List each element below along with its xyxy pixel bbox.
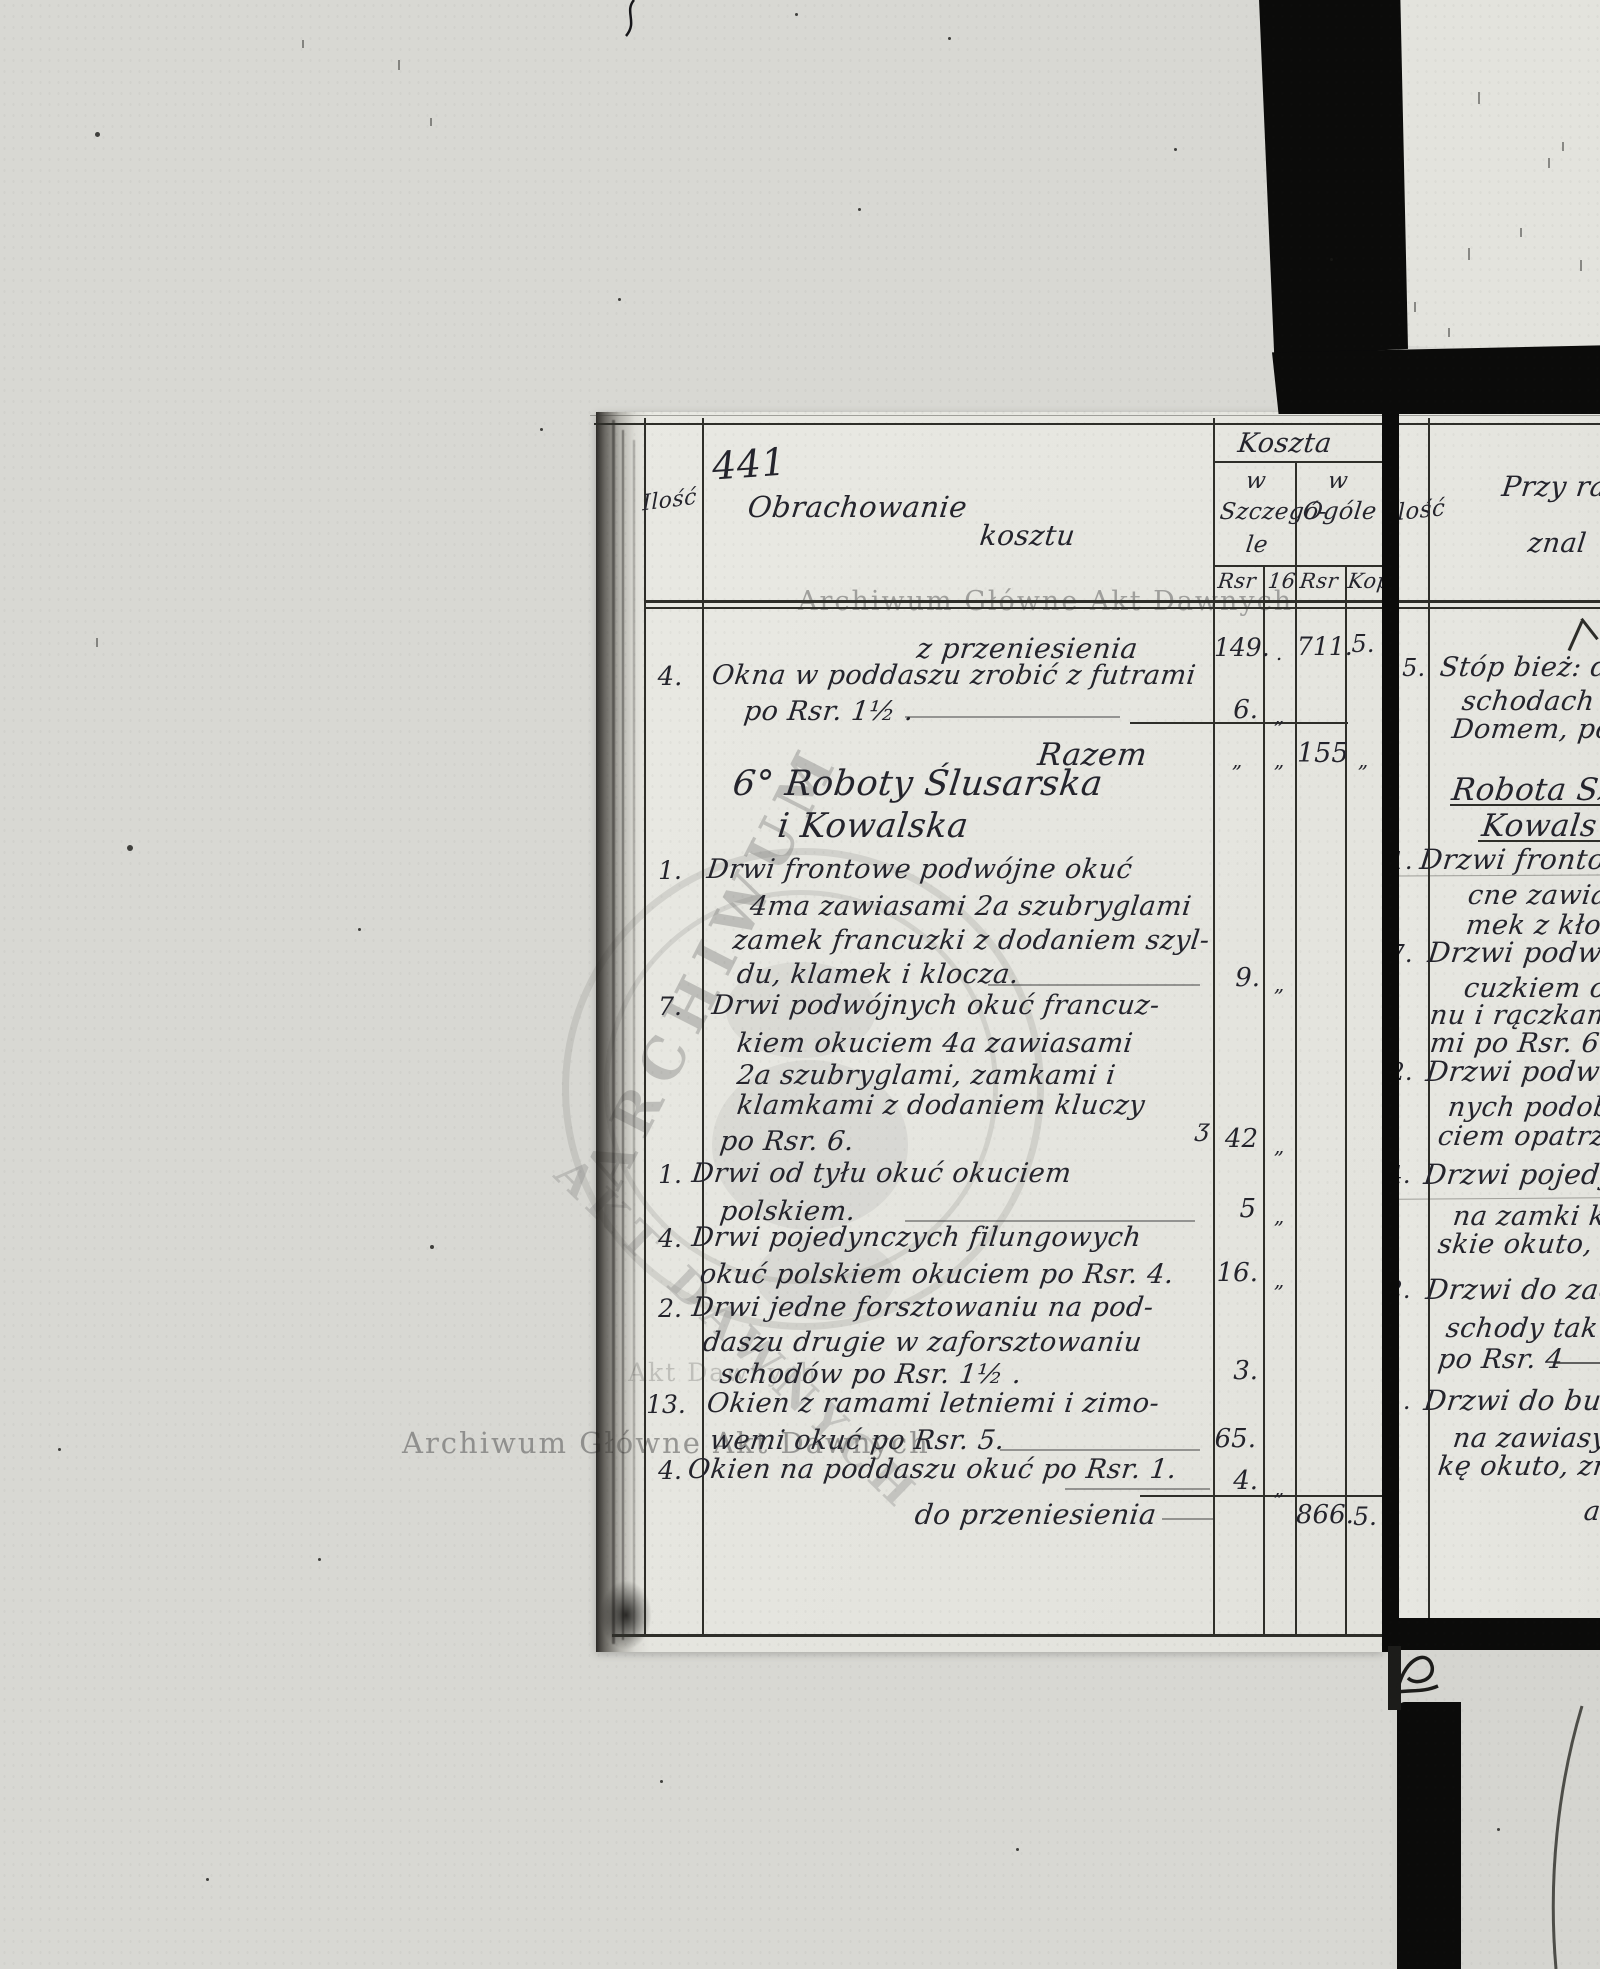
amount-cell: „ xyxy=(1266,748,1292,772)
right-section-heading-2: Kowals xyxy=(1480,808,1599,844)
row-description: Okien na poddaszu okuć po Rsr. 1. xyxy=(686,1454,1179,1485)
row-description: 4ma zawiasami 2a szubryglami xyxy=(748,891,1193,922)
col-rule-detail-kop xyxy=(1263,565,1265,1636)
emulsion-tick xyxy=(398,60,400,70)
previous-page-edge xyxy=(1400,0,1600,356)
col-rule-left xyxy=(644,418,646,1636)
row-description: Okna w poddaszu zrobić z futrami xyxy=(710,660,1198,691)
row-description: ciem opatrzon xyxy=(1436,1121,1600,1152)
row-description: Domem, po k xyxy=(1450,714,1600,745)
row-description: kę okuto, zn xyxy=(1436,1451,1600,1482)
amount-cell: 149. xyxy=(1214,633,1262,662)
amount-cell: 711. xyxy=(1297,632,1343,661)
amount-cell: „ xyxy=(1266,1476,1292,1500)
amount-cell: . xyxy=(1266,641,1292,665)
amount-cell: 65. xyxy=(1212,1424,1256,1454)
scan-hair xyxy=(616,0,646,40)
row-description: Drwi frontowe podwójne okuć xyxy=(705,854,1134,885)
dust-speck xyxy=(430,1245,434,1249)
row-description: zamek francuzki z dodaniem szyl- xyxy=(731,925,1211,956)
dust-speck xyxy=(1174,148,1177,151)
page-gutter xyxy=(1382,410,1399,1652)
amount-cell: 4. xyxy=(1222,1466,1258,1496)
row-description: skie okuto, p xyxy=(1436,1229,1600,1260)
row-description: nych podobnie xyxy=(1446,1092,1600,1123)
dust-speck xyxy=(540,428,543,431)
dust-speck xyxy=(858,208,861,211)
amount-cell: 6. xyxy=(1218,695,1258,725)
emulsion-tick xyxy=(1548,158,1550,168)
emulsion-tick xyxy=(1448,328,1450,337)
rule-under-koszta xyxy=(1213,461,1383,463)
right-section-heading-1: Robota Szlo xyxy=(1450,772,1600,808)
amount-cell: 155 xyxy=(1297,738,1343,769)
amount-cell: „ xyxy=(1348,748,1378,772)
row-description: Drwi jedne forsztowaniu na pod- xyxy=(690,1292,1155,1323)
row-description: cne zawiasy z xyxy=(1466,880,1600,911)
quantity-cell: 4. xyxy=(644,662,696,692)
amount-cell: „ xyxy=(1266,1204,1292,1228)
dust-speck xyxy=(95,132,100,137)
dust-speck xyxy=(1016,1848,1019,1851)
table-rule-bottom xyxy=(612,1634,1383,1637)
amount-cell: 5. xyxy=(1350,1502,1380,1531)
row-description: Drzwi do zacho xyxy=(1424,1273,1600,1306)
row-description: du, klamek i klocza. xyxy=(735,959,1021,990)
heading-underline xyxy=(1478,840,1600,842)
row-description: a xyxy=(1582,1496,1600,1527)
row-description: 2a szubryglami, zamkami i xyxy=(735,1060,1117,1091)
quantity-cell: 4. xyxy=(644,1224,696,1253)
header-detail-2: le xyxy=(1244,532,1269,558)
row-description: klamkami z dodaniem kluczy xyxy=(735,1090,1147,1121)
binding-streak xyxy=(633,440,635,1636)
row-description: Stóp bież: dano xyxy=(1438,652,1600,683)
amount-cell: 9. xyxy=(1220,963,1260,993)
ink-scribble xyxy=(1394,1646,1448,1694)
amount-cell: 5 xyxy=(1222,1194,1256,1224)
guide-dash xyxy=(988,984,1200,986)
guide-dash xyxy=(1000,1449,1200,1451)
amount-cell: 3. xyxy=(1222,1356,1258,1386)
emulsion-tick xyxy=(1520,228,1522,237)
amount-cell: „ xyxy=(1266,1134,1292,1158)
carry-out-label: do przeniesienia xyxy=(913,1498,1159,1531)
row-description: na zawiasy xyxy=(1451,1423,1600,1454)
dust-speck xyxy=(660,1780,663,1783)
dust-speck xyxy=(795,13,798,16)
row-description: na zamki k xyxy=(1451,1201,1600,1232)
row-description: Okien z ramami letniemi i zimo- xyxy=(705,1388,1161,1419)
scan-black-top xyxy=(1256,0,1408,356)
dust-speck xyxy=(358,928,361,931)
emulsion-tick xyxy=(1468,248,1470,260)
quantity-cell: 13. xyxy=(640,1390,692,1419)
dust-speck xyxy=(618,298,621,301)
amount-cell: 42 xyxy=(1214,1124,1258,1154)
dust-speck xyxy=(127,845,133,851)
row-description: po Rsr. 6. xyxy=(718,1126,856,1157)
dust-speck xyxy=(206,1878,209,1881)
row-description: Drzwi podwój xyxy=(1426,936,1600,969)
guide-dash xyxy=(1065,1488,1210,1490)
row-description: Drzwi frontowé xyxy=(1418,843,1600,876)
quantity-cell: 7. xyxy=(644,992,696,1021)
row-description: Drzwi do bud xyxy=(1422,1384,1600,1417)
amount-cell: 866. xyxy=(1296,1500,1346,1530)
row-description: schodach fr xyxy=(1460,686,1600,717)
dust-speck xyxy=(948,37,951,40)
header-total: Ogóle xyxy=(1301,497,1378,525)
quantity-cell: 1. xyxy=(644,856,696,885)
guide-dash xyxy=(1556,1362,1600,1364)
header-16: 16 xyxy=(1267,569,1298,593)
dust-speck xyxy=(58,1448,61,1451)
emulsion-tick xyxy=(430,118,432,126)
dust-speck xyxy=(1497,1828,1500,1831)
binding-streak xyxy=(622,430,624,1640)
table-rule-top-faint xyxy=(590,415,1600,416)
page-number: 441 xyxy=(711,439,788,488)
right-header-line1: Przy ra xyxy=(1500,470,1600,503)
emulsion-tick xyxy=(1414,302,1416,312)
header-rsr-detail: Rsr xyxy=(1217,569,1258,593)
scan-black-band xyxy=(1272,344,1600,414)
right-header-line2: znal xyxy=(1526,528,1588,559)
row-description: Drzwi pojedyńc xyxy=(1422,1158,1600,1191)
emulsion-tick xyxy=(1580,260,1582,271)
header-rsr-total: Rsr xyxy=(1299,569,1340,593)
emulsion-tick xyxy=(96,638,98,647)
binding-streak xyxy=(612,420,615,1644)
row-description: daszu drugie w zaforsztowaniu xyxy=(701,1327,1144,1358)
col-rule-total-kop xyxy=(1345,565,1347,1636)
dust-speck xyxy=(1330,258,1333,261)
amount-cell: 16. xyxy=(1214,1258,1258,1288)
emulsion-tick xyxy=(302,40,304,48)
amount-cell: 5. xyxy=(1348,630,1378,658)
row-description: nu i rączkam xyxy=(1428,1000,1600,1031)
header-desc-label-1: Obrachowanie xyxy=(746,490,969,524)
emulsion-tick xyxy=(1562,142,1564,151)
rule-under-subheads xyxy=(1213,565,1383,567)
header-desc-label-2: kosztu xyxy=(978,519,1077,552)
amount-cell: „ xyxy=(1222,748,1252,772)
row-description: Drzwi podwóyn xyxy=(1424,1055,1600,1088)
amount-cell: „ xyxy=(1266,1268,1292,1292)
header-separator-2 xyxy=(644,607,1383,609)
section-heading-line2: i Kowalska xyxy=(776,806,971,846)
amount-cell: „ xyxy=(1266,704,1292,728)
row-description: wemi okuć po Rsr. 5. xyxy=(708,1425,1007,1456)
guide-dash xyxy=(905,716,1120,718)
quantity-cell: 2. xyxy=(644,1294,696,1323)
dust-speck xyxy=(318,1558,321,1561)
guide-dash xyxy=(1162,1518,1214,1520)
table-rule-top xyxy=(594,423,1600,425)
header-w-total: w xyxy=(1326,468,1349,494)
row-description: kiem okuciem 4a zawiasami xyxy=(735,1028,1135,1059)
heading-underline xyxy=(1450,804,1600,806)
row-description: Drwi od tyłu okuć okuciem xyxy=(690,1158,1073,1189)
emulsion-tick xyxy=(1478,92,1480,104)
row-description: po Rsr. 1½ . xyxy=(742,696,916,727)
row-description: Drwi podwójnych okuć francuz- xyxy=(710,990,1161,1021)
quantity-cell: 1. xyxy=(644,1160,696,1189)
page-edge-curve xyxy=(1520,1700,1600,1969)
row-description: po Rsr. 4 xyxy=(1436,1344,1565,1375)
section-heading-line1: 6° Roboty Ślusarska xyxy=(731,764,1105,804)
archival-scan: ARCHIWUM AKT DAWNYCH Archiwum Główne Akt… xyxy=(0,0,1600,1969)
header-koszta: Koszta xyxy=(1236,428,1334,459)
amount-cell: „ xyxy=(1266,972,1292,996)
header-w-detail: w xyxy=(1244,468,1267,494)
row-description: schodów po Rsr. 1½ . xyxy=(718,1359,1024,1390)
row-description: Drwi pojedynczych filungowych xyxy=(690,1222,1143,1253)
scan-black-bottom-strip xyxy=(1397,1702,1461,1969)
row-description: okuć polskiem okuciem po Rsr. 4. xyxy=(698,1259,1176,1290)
header-separator-1 xyxy=(644,600,1383,603)
row-description: schody tak sa xyxy=(1444,1313,1600,1344)
